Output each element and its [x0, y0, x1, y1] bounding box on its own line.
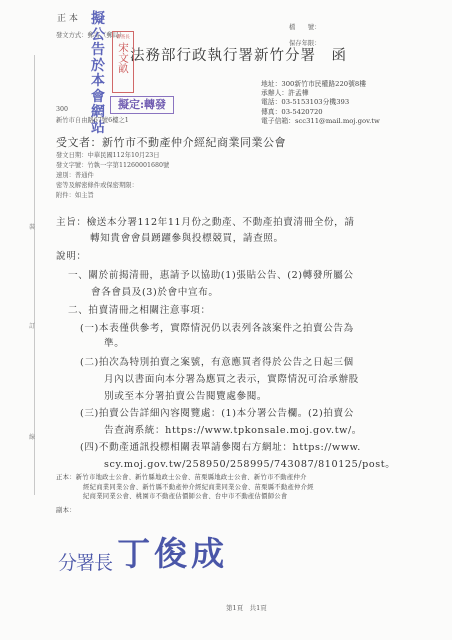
note-1-line-2: 準。: [104, 336, 124, 351]
explanation-heading: 說明：: [56, 249, 87, 264]
copy-type: 正 本: [57, 11, 78, 24]
binding-mark-ding: 訂: [29, 321, 35, 330]
note-3-line-2: 告查詢系統：https://www.tpkonsale.moj.gov.tw/。: [104, 423, 362, 438]
note-4-line-2: scy.moj.gov.tw/258950/258995/743087/8101…: [104, 457, 395, 472]
note-2-line-3: 別或至本分署拍賣公告閱覽處參閱。: [104, 389, 267, 404]
explanation-item-2-heading: 二、拍賣清冊之相關注意事項：: [68, 303, 211, 318]
sender-postcode: 300: [56, 106, 68, 113]
reviewer-seal-name: 宋文畝: [117, 42, 129, 74]
contact-fax: 傳真：03-5420720: [261, 108, 380, 117]
secrecy-level: 密等及解密條件或保密期限：: [56, 181, 169, 191]
page-number: 第1頁 共1頁: [226, 603, 267, 612]
attachment: 附件：如主旨: [56, 191, 169, 201]
subject-line-1: 主旨：檢送本分署112年11月份之動產、不動產拍賣清冊全份，請: [56, 215, 355, 230]
file-number-label: 檔 號：: [289, 22, 320, 31]
note-4-line-1: (四)不動產通訊投標相關表單請參閱右方網址：https://www.: [80, 440, 361, 455]
contact-phone: 電話：03-5153103分機393: [261, 98, 380, 107]
binding-mark-xian: 線: [29, 432, 35, 441]
distribution-line-1: 正本：新竹市地政士公會、新竹縣地政士公會、苗栗縣地政士公會、新竹市不動產仲介: [56, 473, 314, 483]
distribution-line-2: 經紀商業同業公會、新竹縣不動產仲介經紀商業同業公會、苗栗縣不動產仲介經: [56, 483, 314, 493]
reviewer-seal-title: 審查長: [113, 35, 133, 40]
decision-stamp: 擬定:轉發: [110, 96, 174, 114]
contact-block: 地址：300新竹市民權路220號8樓 承辦人：許孟樺 電話：03-5153103…: [261, 80, 380, 126]
distribution-copy: 副本：: [56, 506, 76, 516]
recipient: 受文者：新竹市不動產仲介經紀商業同業公會: [56, 134, 286, 150]
explanation-item-1-line-2: 會各會員及(3)於會中宣布。: [91, 285, 219, 300]
distribution-line-3: 紀商業同業公會、桃園市不動產估價師公會、台中市不動產估價師公會: [56, 492, 314, 502]
note-2-line-2: 月內以書面向本分署為應買之表示，實際情況可洽承辦股: [104, 372, 359, 387]
delivery-speed: 速別：普通件: [56, 171, 169, 181]
explanation-item-1-line-1: 一、關於前揭清冊，惠請予以協助(1)張貼公告、(2)轉發所屬公: [68, 268, 354, 283]
contact-address: 地址：300新竹市民權路220號8樓: [261, 80, 380, 89]
note-3-line-1: (三)拍賣公告詳細內容閱覽處：(1)本分署公告欄。(2)拍賣公: [80, 406, 354, 421]
document-number: 發文字號：竹執一字第11260001680號: [56, 161, 169, 171]
subject-line-2: 轉知貴會會員踴躍參與投標競買，請查照。: [90, 231, 284, 246]
binding-line: [34, 55, 35, 495]
signature-role: 分署長: [58, 552, 112, 574]
reviewer-seal: 審查長 宋文畝: [112, 31, 134, 93]
binding-mark-zhuang: 裝: [29, 222, 35, 231]
note-1-line-1: (一)本表僅供參考，實際情況仍以表列各該案件之拍賣公告為: [80, 321, 354, 336]
document-meta: 發文日期：中華民國112年10月23日 發文字號：竹執一字第1126000168…: [56, 151, 169, 201]
distribution-original: 正本：新竹市地政士公會、新竹縣地政士公會、苗栗縣地政士公會、新竹市不動產仲介 經…: [56, 473, 314, 502]
issue-date: 發文日期：中華民國112年10月23日: [56, 151, 169, 161]
note-2-line-1: (二)拍次為特別拍賣之案號，有意應買者得於公告之日起三個: [80, 355, 354, 370]
signature-name: 丁俊成: [117, 534, 228, 573]
contact-email: 電子信箱：scc311@mail.moj.gov.tw: [261, 117, 380, 126]
sender-address: 新竹市自由路67號6樓之1: [56, 115, 129, 124]
document-title: 法務部行政執行署新竹分署 函: [130, 44, 347, 65]
signature-stamp: 分署長 丁俊成: [58, 528, 228, 575]
